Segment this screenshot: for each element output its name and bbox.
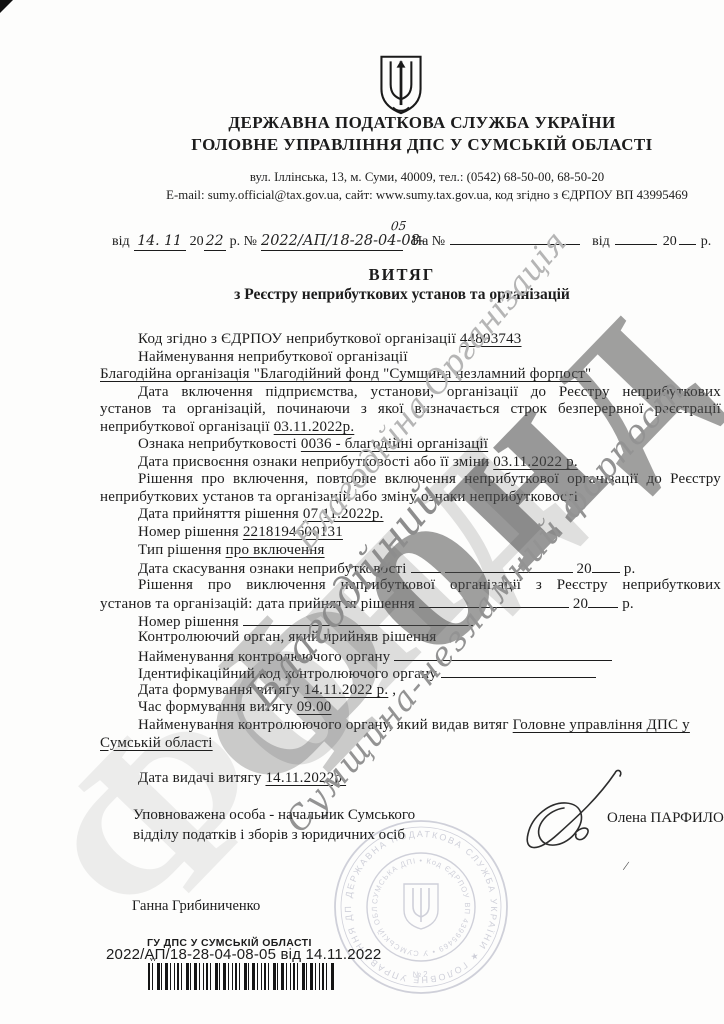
body-text: Контролюючий орган, який прийняв рішення <box>138 629 437 645</box>
scan-corner-artifact <box>0 0 13 13</box>
body-line: Ідентифікаційний код контролюючого орган… <box>100 664 721 682</box>
body-text: Сумській області <box>100 735 213 751</box>
authorized-line1: Уповноважена особа - начальник Сумського <box>133 806 415 826</box>
org-line2: ГОЛОВНЕ УПРАВЛІННЯ ДПС У СУМСЬКІЙ ОБЛАСТ… <box>120 134 724 156</box>
body-text: Найменування контролюючого органу, який … <box>138 717 513 733</box>
body-line: Контролюючий орган, який прийняв рішення <box>100 629 721 647</box>
document-body: Код згідно з ЄДРПОУ неприбуткової органі… <box>100 331 721 787</box>
barcode <box>148 963 335 990</box>
body-text: Дата скасування ознаки неприбутковості <box>138 561 411 577</box>
body-text: 09.00 <box>297 699 332 715</box>
body-text: Дата включення підприємства, установи, о… <box>138 384 721 400</box>
blank-underline <box>441 664 596 678</box>
body-text: Ознака неприбутковості <box>138 436 301 452</box>
body-line: Сумській області <box>100 735 721 753</box>
body-line: установ та організацій: дата прийняття р… <box>100 594 721 612</box>
body-text: 0036 - благодійні організації <box>301 436 488 452</box>
stamp-number: №2 <box>412 970 429 979</box>
body-line: Дата включення підприємства, установи, о… <box>100 384 721 402</box>
body-text: Дата видачі витягу <box>138 770 265 786</box>
body-text: Код згідно з ЄДРПОУ неприбуткової органі… <box>138 331 460 347</box>
body-text: Дата прийняття рішення <box>138 506 303 522</box>
incoming-year-blank <box>679 231 696 245</box>
body-text: Номер рішення <box>138 524 243 540</box>
body-text: Найменування неприбуткової організації <box>138 349 408 365</box>
body-line: Тип рішення про включення <box>100 542 721 560</box>
incoming-from-label: від <box>592 234 610 250</box>
body-text: установ та організацій: дата прийняття р… <box>100 596 419 612</box>
authorized-line2: відділу податків і зборів з юридичних ос… <box>133 826 415 846</box>
blank-underline <box>592 559 620 573</box>
handwritten-number: 2022/АП/18-28-04-08- <box>261 233 425 249</box>
body-text: 14.11.2022р. <box>265 770 346 786</box>
handwritten-date: 14. 11 <box>137 233 182 249</box>
body-line: неприбуткових установ та організацій або… <box>100 489 721 507</box>
body-line: Дата формування витягу 14.11.2022 р. , <box>100 682 721 700</box>
body-text: 14.11.2022 р. <box>304 682 389 698</box>
body-text: 20 <box>569 596 588 612</box>
body-text: 2218194600131 <box>243 524 343 540</box>
body-text: 20 <box>573 561 592 577</box>
body-text: 44893743 <box>460 331 522 347</box>
incoming-date-blank <box>615 231 657 245</box>
body-text: 03.11.2022р. <box>274 419 355 435</box>
footer-doc-number: 2022/АП/18-28-04-08-05 від 14.11.2022 <box>106 946 381 963</box>
body-text: Головне управління ДПС у <box>513 717 690 733</box>
incoming-number-blank <box>450 231 580 245</box>
body-line: Номер рішення <box>100 612 721 630</box>
number-label: р. № <box>230 234 257 250</box>
body-text: Тип рішення <box>138 542 226 558</box>
body-text: Рішення про виключення неприбуткової орг… <box>138 577 721 593</box>
body-line: неприбуткової організації 03.11.2022р. <box>100 419 721 437</box>
reference-line: від 14. 11 20 22 р. № 2022/АП/18-28-04-0… <box>112 231 718 251</box>
body-line: Найменування неприбуткової організації <box>100 349 721 367</box>
body-text: р. <box>618 596 634 612</box>
body-line: Найменування контролюючого органу <box>100 647 721 665</box>
document-title: ВИТЯГ <box>95 265 709 285</box>
body-text: , <box>388 682 396 698</box>
body-line: Дата присвоєння ознаки неприбутковості а… <box>100 454 721 472</box>
body-text: Час формування витягу <box>138 699 297 715</box>
blank-underline <box>588 594 618 608</box>
incoming-year: 20 <box>663 234 677 250</box>
body-line: Благодійна організація "Благодійний фонд… <box>100 366 721 384</box>
body-text: установ та організацій, починаючи з якої… <box>100 401 721 417</box>
body-text: Дата присвоєння ознаки неприбутковості а… <box>138 454 493 470</box>
signer-name: Олена ПАРФИЛО <box>607 810 724 827</box>
contacts-line: E-mail: sumy.official@tax.gov.ua, сайт: … <box>130 186 724 204</box>
body-line: Дата прийняття рішення 07.11.2022р. <box>100 506 721 524</box>
body-line: Рішення про включення, повторне включенн… <box>100 471 721 489</box>
blank-underline <box>411 559 441 573</box>
body-line: Номер рішення 2218194600131 <box>100 524 721 542</box>
body-line: Рішення про виключення неприбуткової орг… <box>100 577 721 595</box>
document-subtitle: з Реєстру неприбуткових установ та орган… <box>95 286 709 304</box>
body-text: 03.11.2022 р. <box>493 454 578 470</box>
blank-underline <box>243 612 473 626</box>
incoming-year-suffix: р. <box>701 234 712 250</box>
body-line: Час формування витягу 09.00 <box>100 699 721 717</box>
handwritten-number-superscript: 05 <box>390 219 407 234</box>
year-prefix: 20 <box>190 234 204 250</box>
body-text: Найменування контролюючого органу <box>138 649 394 665</box>
body-line: установ та організацій, починаючи з якої… <box>100 401 721 419</box>
body-text: про включення <box>226 542 325 558</box>
authorized-person-block: Уповноважена особа - начальник Сумського… <box>133 806 415 845</box>
header-org-name: ДЕРЖАВНА ПОДАТКОВА СЛУЖБА УКРАЇНИ ГОЛОВН… <box>120 112 724 156</box>
body-text: Ідентифікаційний код контролюючого орган… <box>138 666 441 682</box>
body-text: Дата формування витягу <box>138 682 304 698</box>
body-text: 07.11.2022р. <box>303 506 384 522</box>
body-text: неприбуткової організації <box>100 419 274 435</box>
body-text: р. <box>620 561 636 577</box>
blank-underline <box>394 647 612 661</box>
body-text: Благодійна організація "Благодійний фонд… <box>100 366 591 382</box>
body-line: Код згідно з ЄДРПОУ неприбуткової органі… <box>100 331 721 349</box>
blank-underline <box>419 594 569 608</box>
ukraine-trident-emblem <box>378 54 424 117</box>
body-text: Номер рішення <box>138 614 243 630</box>
from-label: від <box>112 234 130 250</box>
incoming-label: На № <box>412 234 445 250</box>
body-text: неприбуткових установ та організацій або… <box>100 489 578 505</box>
blank-underline <box>445 559 573 573</box>
body-line: Дата скасування ознаки неприбутковості 2… <box>100 559 721 577</box>
header-contacts: вул. Іллінська, 13, м. Суми, 40009, тел.… <box>130 168 724 204</box>
body-line: Ознака неприбутковості 0036 - благодійні… <box>100 436 721 454</box>
address-line: вул. Іллінська, 13, м. Суми, 40009, тел.… <box>130 168 724 186</box>
body-text: Рішення про включення, повторне включенн… <box>138 471 721 487</box>
body-line: Найменування контролюючого органу, який … <box>100 717 721 735</box>
org-line1: ДЕРЖАВНА ПОДАТКОВА СЛУЖБА УКРАЇНИ <box>120 112 724 134</box>
scanned-document-page: ДЕРЖАВНА ПОДАТКОВА СЛУЖБА УКРАЇНИ ГОЛОВН… <box>0 0 724 1024</box>
handwritten-year: 22 <box>206 233 224 249</box>
executor-name: Ганна Грибиниченко <box>132 898 260 915</box>
